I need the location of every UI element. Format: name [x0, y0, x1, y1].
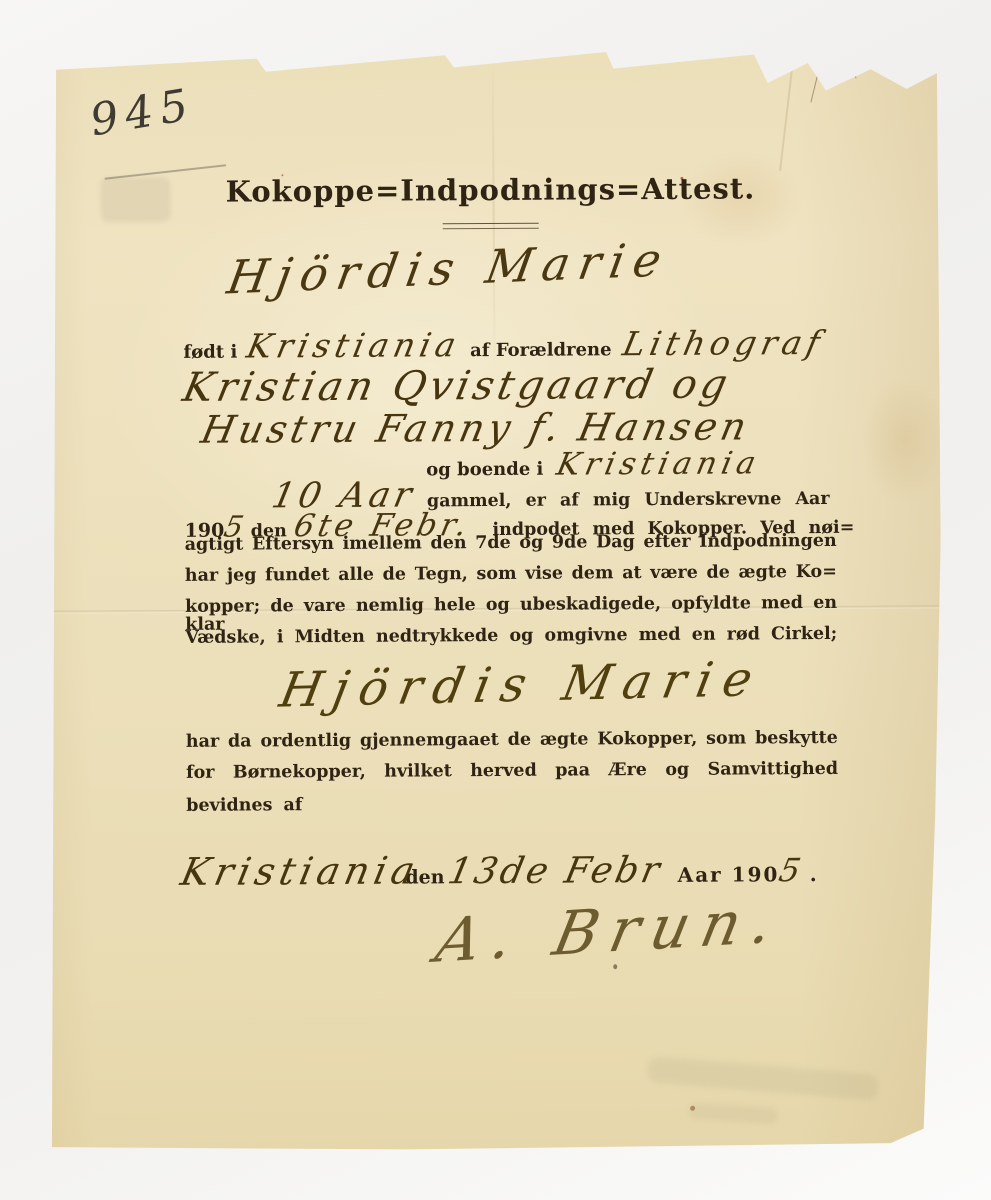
body-text-line: agtigt Eftersyn imellem den 7de og 9de D…: [185, 533, 837, 554]
corner-crease: [779, 52, 794, 171]
printed-af-foraeldrene: af Forældrene: [470, 339, 612, 361]
archive-number: 945: [87, 79, 199, 146]
issue-dateline: Kristiania den 13de Febr Aar 190 5 .: [182, 846, 817, 894]
edge-tear-crack: [810, 50, 824, 103]
hand-father-occupation: Lithograf: [620, 323, 829, 363]
hand-birthplace: Kristiania: [243, 325, 464, 365]
hand-issue-date: 13de Febr: [444, 850, 666, 892]
body-text-line: Vædske, i Midten nedtrykkede og omgivne …: [185, 626, 837, 647]
printed-period: .: [810, 862, 817, 886]
body-text-line: har jeg fundet alle de Tegn, som vise de…: [185, 564, 837, 585]
child-name-handwritten: Hjördis Marie: [224, 232, 675, 305]
body-text-line: for Børnekopper, hvilket herved paa Ære …: [186, 761, 838, 782]
physician-signature: A. Brun.: [430, 886, 791, 977]
hand-issue-place: Kristiania: [177, 848, 424, 894]
edge-tear-crack: [850, 51, 856, 79]
title-double-rule: [443, 223, 539, 230]
body-text-line: har da ordentlig gjennemgaaet de ægte Ko…: [186, 730, 838, 751]
printed-aar-year: Aar 190: [678, 862, 780, 887]
certificate-title: Kokoppe=Indpodnings=Attest.: [42, 170, 938, 209]
hand-year-digit: 5: [775, 851, 803, 889]
certificate-paper: 945 Kokoppe=Indpodnings=Attest. Hjördis …: [42, 42, 945, 1152]
mother-name-handwritten: Hustru Fanny f. Hansen: [197, 404, 754, 451]
birth-line: født i Kristiania af Forældrene Lithogra…: [183, 323, 824, 366]
child-name-repeat-handwritten: Hjördis Marie: [275, 651, 767, 719]
father-name-handwritten: Kristian Qvistgaard og: [179, 362, 735, 411]
faint-pencil-marking: [688, 1103, 779, 1125]
faint-pencil-marking: [647, 1056, 878, 1101]
body-text-line: bevidnes af: [186, 795, 302, 816]
photo-background: 945 Kokoppe=Indpodnings=Attest. Hjördis …: [0, 0, 991, 1200]
printed-fodt-i: født i: [183, 342, 237, 363]
